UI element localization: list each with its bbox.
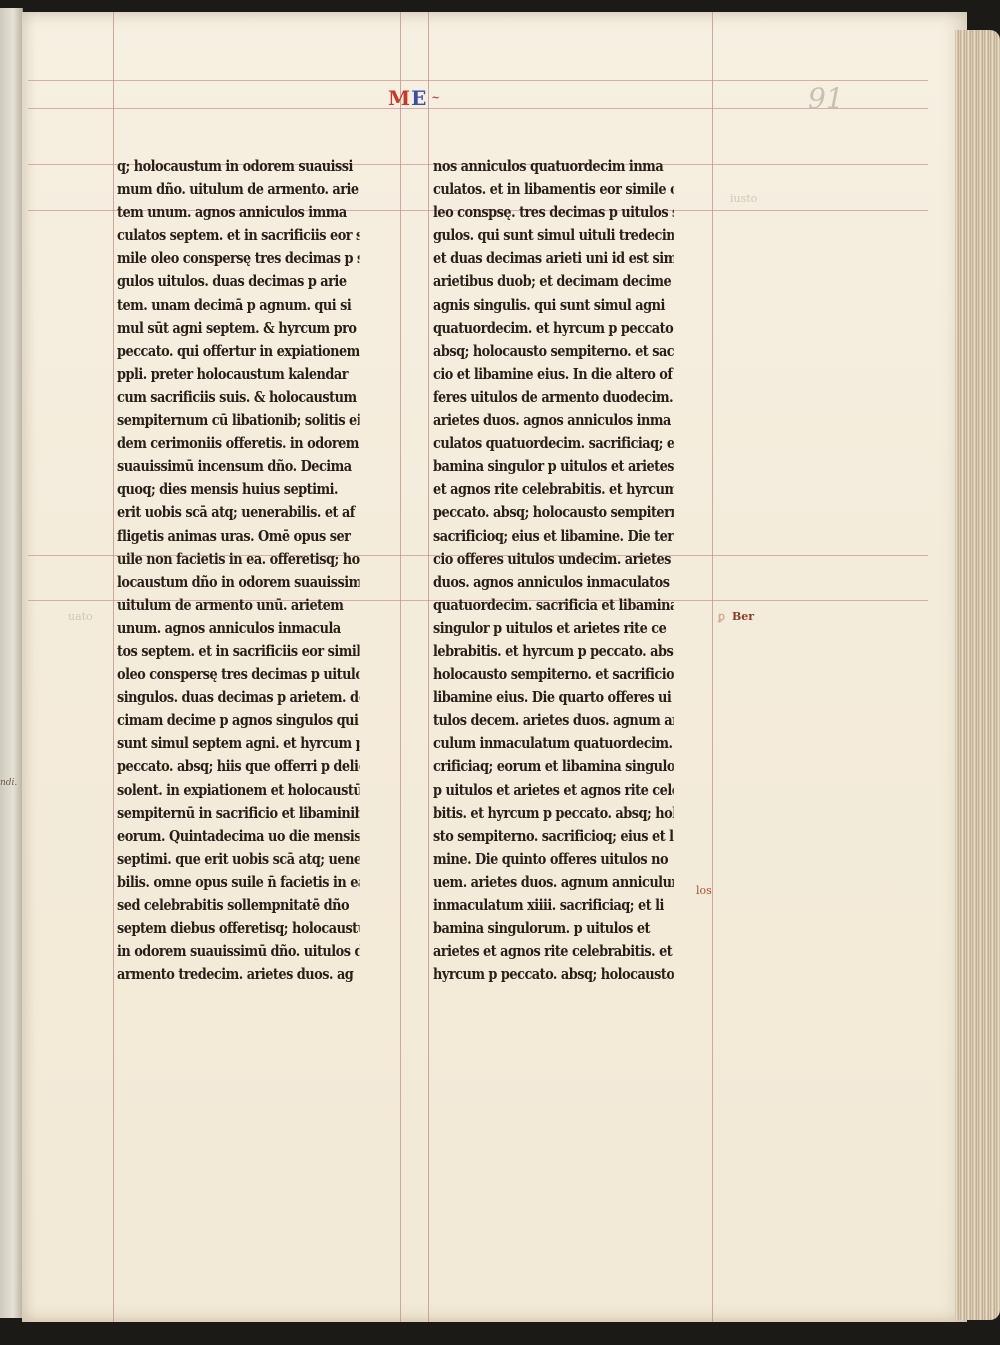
ruling-line-top: [28, 80, 928, 81]
text-line: p uitulos et arietes et agnos rite celeb: [433, 779, 674, 802]
text-line: mile oleo conspersę tres decimas p sin: [117, 247, 360, 270]
text-line: sempiternū in sacrificio et libaminib;: [117, 802, 360, 825]
text-line: bitis. et hyrcum p peccato. absq; holoca…: [433, 802, 674, 825]
text-line: et duas decimas arieti uni id est simul: [433, 247, 674, 270]
ruling-line-left-outer: [113, 12, 114, 1322]
text-line: bamina singulor p uitulos et arietes: [433, 455, 674, 478]
ruling-line-left-inner: [400, 12, 401, 1322]
text-line: sed celebrabitis sollempnitatē dño: [117, 894, 360, 917]
ruling-line-right-outer: [428, 12, 429, 1322]
text-line: bamina singulorum. p uitulos et: [433, 917, 674, 940]
margin-note-left: uato: [68, 610, 93, 623]
text-line: arietes et agnos rite celebrabitis. et: [433, 940, 674, 963]
ruling-line-title: [28, 108, 928, 109]
text-line: armento tredecim. arietes duos. ag: [117, 963, 360, 986]
running-title-initial-red: M: [388, 86, 410, 110]
text-line: cimam decime p agnos singulos qui: [117, 709, 360, 732]
text-line: sunt simul septem agni. et hyrcum p: [117, 732, 360, 755]
text-line: quoq; dies mensis huius septimi.: [117, 478, 360, 501]
text-line: q; holocaustum in odorem suauissi: [117, 155, 360, 178]
text-line: culum inmaculatum quatuordecim. sa: [433, 732, 674, 755]
text-line: singulor p uitulos et arietes rite ce: [433, 617, 674, 640]
text-line: arietes duos. agnos anniculos inma: [433, 409, 674, 432]
text-line: bilis. omne opus suile n̄ facietis in ea…: [117, 871, 360, 894]
text-line: cio offeres uitulos undecim. arietes: [433, 548, 674, 571]
text-line: inmaculatum xiiii. sacrificiaq; et li: [433, 894, 674, 917]
text-line: gulos uitulos. duas decimas p arie: [117, 270, 360, 293]
text-line: tem. unam decimā p agnum. qui si: [117, 294, 360, 317]
text-line: gulos. qui sunt simul uituli tredecim.: [433, 224, 674, 247]
text-line: cio et libamine eius. In die altero of: [433, 363, 674, 386]
text-line: locaustum dño in odorem suauissimū.: [117, 571, 360, 594]
text-line: uile non facietis in ea. offeretisq; ho: [117, 548, 360, 571]
text-line: lebrabitis. et hyrcum p peccato. absq;: [433, 640, 674, 663]
text-line: feres uitulos de armento duodecim.: [433, 386, 674, 409]
text-line: culatos. et in libamentis eor simile o: [433, 178, 674, 201]
text-line: fligetis animas uras. Omē opus ser: [117, 525, 360, 548]
text-line: tem unum. agnos anniculos imma: [117, 201, 360, 224]
flourish-icon: ~: [431, 93, 439, 104]
text-line: culatos septem. et in sacrificiis eor si: [117, 224, 360, 247]
text-line: arietibus duob; et decimam decime: [433, 270, 674, 293]
left-page-margin-note: ndi.: [0, 778, 17, 788]
text-line: singulos. duas decimas p arietem. de: [117, 686, 360, 709]
text-line: absq; holocausto sempiterno. et sacrifi: [433, 340, 674, 363]
text-line: quatuordecim. et hyrcum p peccato: [433, 317, 674, 340]
margin-note-los: los: [696, 884, 712, 897]
text-line: septem diebus offeretisq; holocaustum: [117, 917, 360, 940]
text-line: nos anniculos quatuordecim inma: [433, 155, 674, 178]
text-line: oleo conspersę tres decimas p uitulos: [117, 663, 360, 686]
text-line: sacrificioq; eius et libamine. Die ter: [433, 525, 674, 548]
text-line: uitulum de armento unū. arietem: [117, 594, 360, 617]
text-line: hyrcum p peccato. absq; holocausto: [433, 963, 674, 986]
text-line: uem. arietes duos. agnum anniculum: [433, 871, 674, 894]
text-line: libamine eius. Die quarto offeres ui: [433, 686, 674, 709]
text-line: suauissimū incensum dño. Decima: [117, 455, 360, 478]
text-line: eorum. Quintadecima uo die mensis: [117, 825, 360, 848]
text-line: tos septem. et in sacrificiis eor simile: [117, 640, 360, 663]
text-line: unum. agnos anniculos inmacula: [117, 617, 360, 640]
text-line: leo conspsę. tres decimas p uitulos sin: [433, 201, 674, 224]
text-line: erit uobis scā atq; uenerabilis. et af: [117, 501, 360, 524]
text-line: peccato. absq; hiis que offerri p delict…: [117, 755, 360, 778]
previous-page-edge: ndi.: [0, 8, 23, 1318]
margin-note-ber: Ber: [732, 610, 754, 623]
margin-note-symbol: ꝑ: [718, 610, 725, 623]
folio-number: 91: [808, 82, 844, 115]
text-line: mine. Die quinto offeres uitulos no: [433, 848, 674, 871]
text-line: in odorem suauissimū dño. uitulos de: [117, 940, 360, 963]
text-line: agnis singulis. qui sunt simul agni: [433, 294, 674, 317]
text-line: quatuordecim. sacrificia et libamina: [433, 594, 674, 617]
running-title: M E ~: [388, 86, 440, 110]
text-line: solent. in expiationem et holocaustū: [117, 779, 360, 802]
page-fore-edge: [955, 30, 1000, 1320]
text-line: cum sacrificiis suis. & holocaustum: [117, 386, 360, 409]
text-line: septimi. que erit uobis scā atq; uenera: [117, 848, 360, 871]
text-line: mum dño. uitulum de armento. arie: [117, 178, 360, 201]
text-line: duos. agnos anniculos inmaculatos: [433, 571, 674, 594]
text-column-right: nos anniculos quatuordecim inma culatos.…: [433, 155, 713, 986]
margin-note-top-right: iusto: [730, 192, 757, 205]
text-line: et agnos rite celebrabitis. et hyrcum p: [433, 478, 674, 501]
text-line: ppli. preter holocaustum kalendar: [117, 363, 360, 386]
running-title-initial-blue: E: [411, 86, 426, 110]
text-line: holocausto sempiterno. et sacrificio et: [433, 663, 674, 686]
text-line: tulos decem. arietes duos. agnum anni: [433, 709, 674, 732]
text-line: sempiternum cū libationib; solitis eis: [117, 409, 360, 432]
text-line: mul sūt agni septem. & hyrcum pro: [117, 317, 360, 340]
text-line: peccato. qui offertur in expiationem: [117, 340, 360, 363]
text-line: sto sempiterno. sacrificioq; eius et lib…: [433, 825, 674, 848]
text-column-left: q; holocaustum in odorem suauissi mum dñ…: [117, 155, 399, 986]
text-line: dem cerimoniis offeretis. in odorem: [117, 432, 360, 455]
text-line: peccato. absq; holocausto sempiterno.: [433, 501, 674, 524]
text-line: culatos quatuordecim. sacrificiaq; et li: [433, 432, 674, 455]
text-line: crificiaq; eorum et libamina singulor.: [433, 755, 674, 778]
